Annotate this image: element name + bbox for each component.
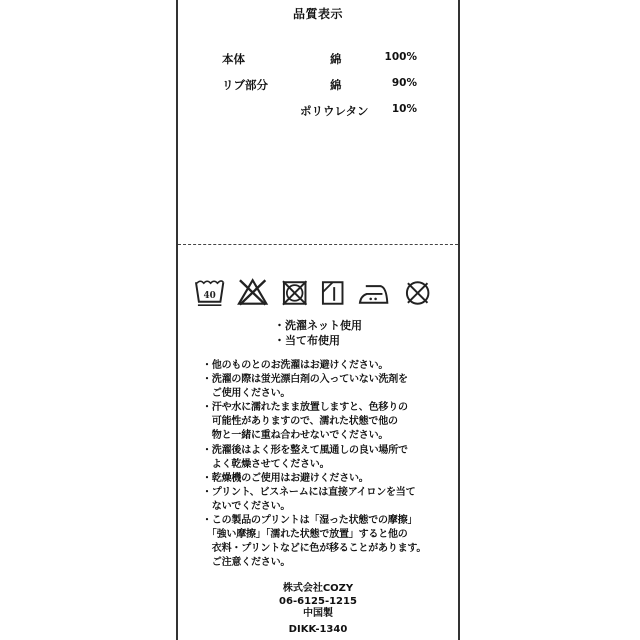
care-notes: ・他のものとのお洗濯はお避けください。 ・洗濯の際は蛍光漂白剤の入っていない洗剤…	[202, 359, 452, 570]
no-dry-clean-icon	[403, 277, 432, 307]
wash-40-icon: 40	[194, 277, 225, 307]
note-line: ないでください。	[202, 500, 452, 514]
no-bleach-icon	[237, 277, 268, 307]
material-fiber: 綿	[330, 77, 342, 93]
note-line: ・洗濯後はよく形を整えて風通しの良い場所で	[202, 444, 452, 458]
short-note: ・洗濯ネット使用	[274, 318, 362, 333]
note-line: 「強い摩擦」「濡れた状態で放置」すると他の	[202, 528, 452, 542]
material-part: リブ部分	[222, 77, 268, 93]
line-dry-shade-icon	[320, 277, 345, 307]
note-line: 衣料・プリントなどに色が移ることがあります。	[202, 542, 452, 556]
company-name: 株式会社COZY	[178, 583, 458, 596]
product-code: DIKK-1340	[178, 624, 458, 635]
country-of-origin: 中国製	[178, 608, 458, 621]
material-row: ポリウレタン 10%	[178, 103, 458, 119]
note-line: 可能性がありますので、濡れた状態で他の	[202, 415, 452, 429]
care-label: 品質表示 本体 綿 100% リブ部分 綿 90% ポリウレタン 10% 40	[176, 0, 460, 640]
label-title: 品質表示	[178, 5, 458, 22]
short-note: ・当て布使用	[274, 333, 362, 348]
material-fiber: ポリウレタン	[300, 103, 369, 119]
note-line: ・プリント、ビスネームには直接アイロンを当て	[202, 486, 452, 500]
note-line: ・乾燥機のご使用はお避けください。	[202, 472, 452, 486]
care-icons: 40	[194, 276, 444, 308]
note-line: ・汗や水に濡れたまま放置しますと、色移りの	[202, 401, 452, 415]
note-line: 物と一緒に重ね合わせないでください。	[202, 429, 452, 443]
company-phone: 06-6125-1215	[178, 596, 458, 609]
svg-text:40: 40	[204, 291, 216, 301]
note-line: ・この製品のプリントは「湿った状態での摩擦」	[202, 514, 452, 528]
dashed-divider	[178, 244, 458, 245]
material-part: 本体	[222, 51, 245, 67]
note-line: よく乾燥させてください。	[202, 458, 452, 472]
material-row: 本体 綿 100%	[178, 51, 458, 67]
company-info: 株式会社COZY 06-6125-1215 中国製	[178, 583, 458, 621]
material-percent: 90%	[392, 77, 417, 89]
no-tumble-dry-icon	[281, 277, 308, 307]
note-line: ご注意ください。	[202, 556, 452, 570]
material-fiber: 綿	[330, 51, 342, 67]
material-percent: 10%	[392, 103, 417, 115]
short-care-notes: ・洗濯ネット使用 ・当て布使用	[274, 318, 362, 348]
iron-medium-icon	[357, 277, 390, 307]
note-line: ・他のものとのお洗濯はお避けください。	[202, 359, 452, 373]
material-row: リブ部分 綿 90%	[178, 77, 458, 93]
material-percent: 100%	[385, 51, 417, 63]
note-line: ご使用ください。	[202, 387, 452, 401]
note-line: ・洗濯の際は蛍光漂白剤の入っていない洗剤を	[202, 373, 452, 387]
